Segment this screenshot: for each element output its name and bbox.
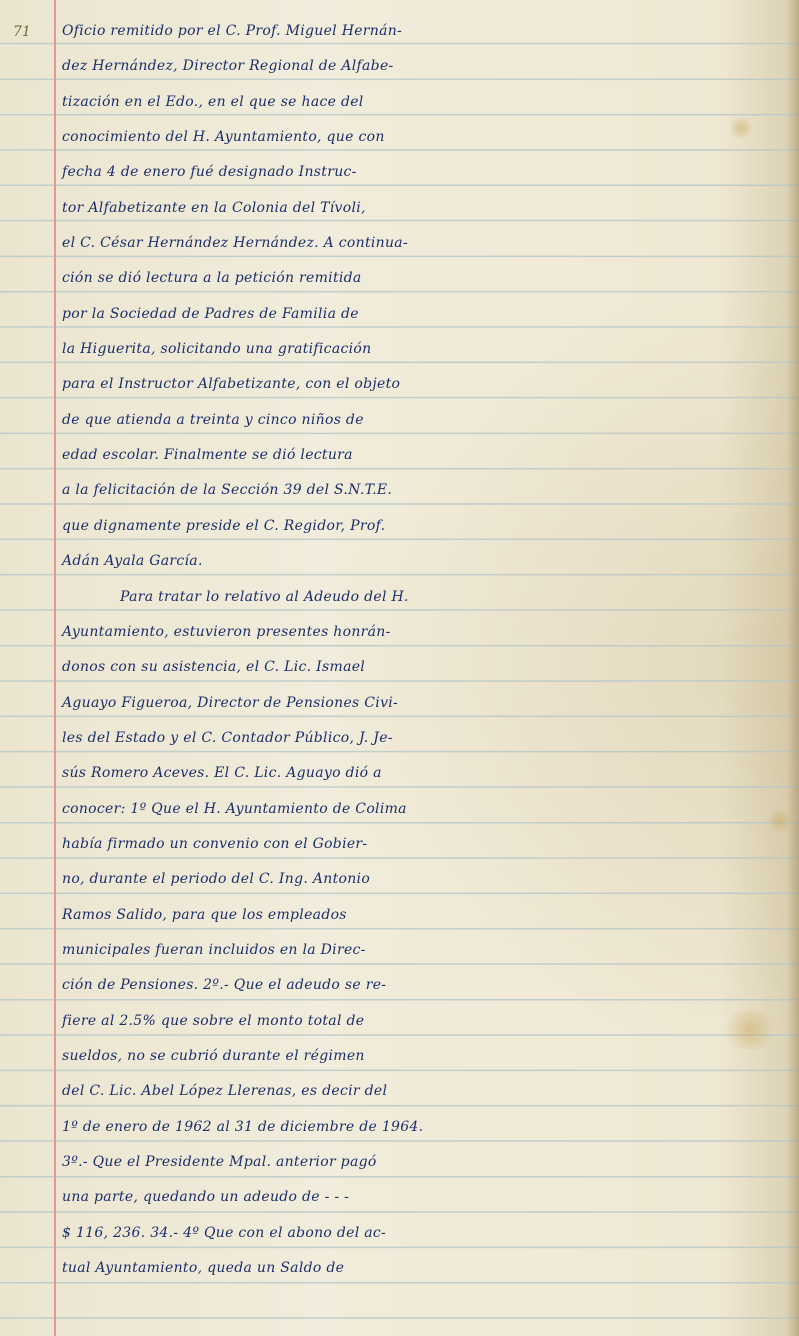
handwritten-line: tor Alfabetizante en la Colonia del Tívo… (62, 191, 794, 226)
handwritten-line: Aguayo Figueroa, Director de Pensiones C… (62, 686, 794, 721)
handwritten-line: Para tratar lo relativo al Adeudo del H. (62, 580, 794, 615)
handwritten-line: fecha 4 de enero fué designado Instruc- (62, 155, 794, 190)
handwritten-line: Oficio remitido por el C. Prof. Miguel H… (62, 14, 794, 49)
handwritten-line: ción de Pensiones. 2º.- Que el adeudo se… (62, 968, 794, 1003)
handwritten-line: el C. César Hernández Hernández. A conti… (62, 226, 794, 261)
handwritten-line: sús Romero Aceves. El C. Lic. Aguayo dió… (62, 756, 794, 791)
page-number: 71 (13, 24, 31, 40)
handwritten-line: por la Sociedad de Padres de Familia de (62, 297, 794, 332)
handwritten-line: Ayuntamiento, estuvieron presentes honrá… (62, 615, 794, 650)
handwritten-line: sueldos, no se cubrió durante el régimen (62, 1039, 794, 1074)
handwritten-line: había firmado un convenio con el Gobier- (62, 827, 794, 862)
handwritten-line: conocimiento del H. Ayuntamiento, que co… (62, 120, 794, 155)
handwritten-line: la Higuerita, solicitando una gratificac… (62, 332, 794, 367)
handwritten-line: tización en el Edo., en el que se hace d… (62, 85, 794, 120)
handwritten-line: conocer: 1º Que el H. Ayuntamiento de Co… (62, 792, 794, 827)
handwritten-line: que dignamente preside el C. Regidor, Pr… (62, 509, 794, 544)
handwritten-line: fiere al 2.5% que sobre el monto total d… (62, 1004, 794, 1039)
handwritten-line: ción se dió lectura a la petición remiti… (62, 261, 794, 296)
ledger-page: 71 Oficio remitido por el C. Prof. Migue… (0, 0, 799, 1336)
handwritten-line: tual Ayuntamiento, queda un Saldo de (62, 1251, 794, 1286)
margin-rule (54, 0, 56, 1336)
handwritten-line: no, durante el periodo del C. Ing. Anton… (62, 862, 794, 897)
handwritten-line: a la felicitación de la Sección 39 del S… (62, 473, 794, 508)
handwritten-line: municipales fueran incluidos en la Direc… (62, 933, 794, 968)
handwritten-text-block: Oficio remitido por el C. Prof. Miguel H… (62, 14, 794, 1286)
handwritten-line: edad escolar. Finalmente se dió lectura (62, 438, 794, 473)
handwritten-line: donos con su asistencia, el C. Lic. Isma… (62, 650, 794, 685)
handwritten-line: una parte, quedando un adeudo de - - - (62, 1180, 794, 1215)
handwritten-line: les del Estado y el C. Contador Público,… (62, 721, 794, 756)
handwritten-line: Ramos Salido, para que los empleados (62, 898, 794, 933)
handwritten-line: para el Instructor Alfabetizante, con el… (62, 367, 794, 402)
handwritten-line: de que atienda a treinta y cinco niños d… (62, 403, 794, 438)
handwritten-line: dez Hernández, Director Regional de Alfa… (62, 49, 794, 84)
handwritten-line: $ 116, 236. 34.- 4º Que con el abono del… (62, 1216, 794, 1251)
handwritten-line: 3º.- Que el Presidente Mpal. anterior pa… (62, 1145, 794, 1180)
handwritten-line: Adán Ayala García. (62, 544, 794, 579)
handwritten-line: del C. Lic. Abel López Llerenas, es deci… (62, 1074, 794, 1109)
handwritten-line: 1º de enero de 1962 al 31 de diciembre d… (62, 1110, 794, 1145)
